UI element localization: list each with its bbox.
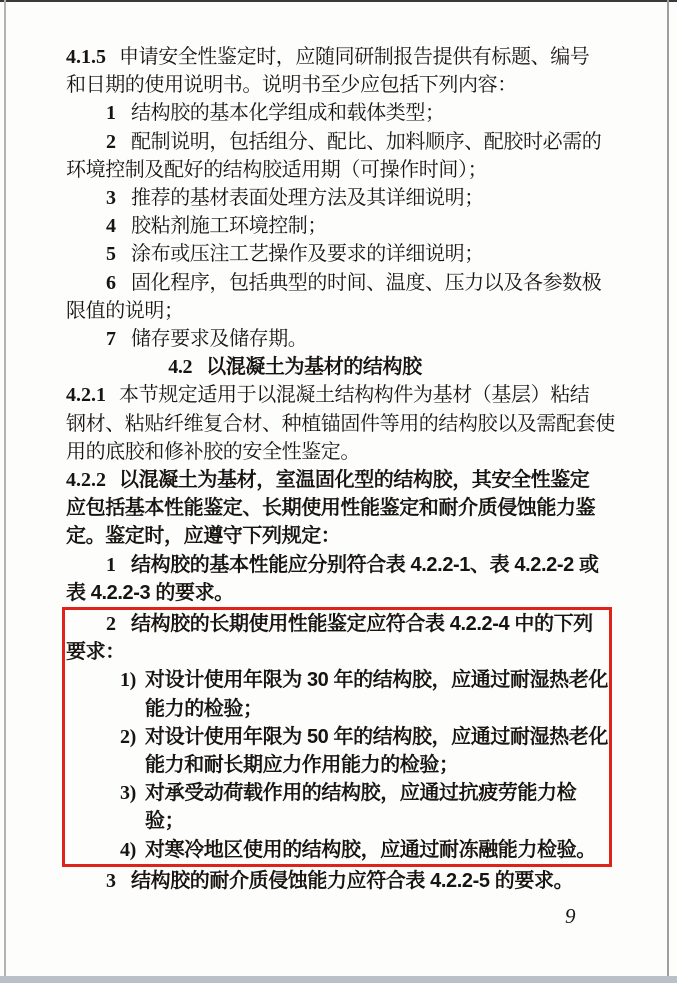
sub-item-text: 对承受动荷载作用的结构胶，应通过抗疲劳能力检验； xyxy=(145,782,576,832)
sub-item-4: 4)对寒冷地区使用的结构胶，应通过耐冻融能力检验。 xyxy=(66,836,609,864)
item-number: 7 xyxy=(106,328,116,350)
clause-text: 以混凝土为基材，室温固化型的结构胶，其安全性鉴定 应包括基本性能鉴定、长期使用性… xyxy=(66,469,595,547)
clause-number: 4.2.2 xyxy=(66,469,106,491)
scan-edge-bottom xyxy=(0,976,677,983)
item-number: 3 xyxy=(106,187,116,209)
sub-item-text: 对设计使用年限为 50 年的结构胶，应通过耐湿热老化 能力和耐长期应力作用能力的… xyxy=(145,726,608,776)
item-text: 储存要求及储存期。 xyxy=(131,328,307,350)
sub-item-1: 1)对设计使用年限为 30 年的结构胶，应通过耐湿热老化 能力的检验； xyxy=(66,666,609,722)
sub-item-number: 4) xyxy=(120,836,145,864)
clause-4-2-2-item-3: 3结构胶的耐介质侵蚀能力应符合表 4.2.2-5 的要求。 xyxy=(66,867,624,895)
item-number: 3 xyxy=(106,870,116,892)
item-text: 涂布或压注工艺操作及要求的详细说明； xyxy=(131,243,484,265)
section-heading-4-2: 4.2以混凝土为基材的结构胶 xyxy=(66,353,624,381)
list-item-1: 1结构胶的基本化学组成和载体类型； xyxy=(66,99,624,127)
item-number: 2 xyxy=(106,613,116,635)
sub-item-number: 3) xyxy=(120,779,145,807)
document-page: 4.1.5申请安全性鉴定时，应随同研制报告提供有标题、编号 和日期的使用说明书。… xyxy=(0,0,677,983)
item-number: 1 xyxy=(106,554,116,576)
list-item-5: 5涂布或压注工艺操作及要求的详细说明； xyxy=(66,240,624,268)
item-number: 6 xyxy=(106,272,116,294)
item-text: 推荐的基材表面处理方法及其详细说明； xyxy=(131,187,484,209)
item-text: 固化程序，包括典型的时间、温度、压力以及各参数极 限值的说明； xyxy=(66,272,601,322)
clause-number: 4.1.5 xyxy=(66,46,106,68)
item-number: 5 xyxy=(106,243,116,265)
list-item-7: 7储存要求及储存期。 xyxy=(66,325,624,353)
heading-title: 以混凝土为基材的结构胶 xyxy=(206,356,422,378)
sub-item-text: 对寒冷地区使用的结构胶，应通过耐冻融能力检验。 xyxy=(145,839,596,861)
red-highlight-box: 2结构胶的长期使用性能鉴定应符合表 4.2.2-4 中的下列 要求： 1)对设计… xyxy=(62,607,612,867)
sub-item-number: 2) xyxy=(120,723,145,751)
list-item-2: 2配制说明，包括组分、配比、加料顺序、配胶时必需的 环境控制及配好的结构胶适用期… xyxy=(66,128,624,184)
clause-text: 本节规定适用于以混凝土结构构件为基材（基层）粘结 钢材、粘贴纤维复合材、种植锚固… xyxy=(66,384,615,462)
sub-item-text: 对设计使用年限为 30 年的结构胶，应通过耐湿热老化 能力的检验； xyxy=(145,669,608,719)
sub-item-3: 3)对承受动荷载作用的结构胶，应通过抗疲劳能力检验； xyxy=(66,779,609,835)
item-text: 结构胶的基本性能应分别符合表 4.2.2-1、表 4.2.2-2 或 表 4.2… xyxy=(66,554,599,604)
clause-text: 申请安全性鉴定时，应随同研制报告提供有标题、编号 和日期的使用说明书。说明书至少… xyxy=(66,46,589,96)
clause-number: 4.2.1 xyxy=(66,384,106,406)
heading-number: 4.2 xyxy=(168,356,192,378)
list-item-4: 4胶粘剂施工环境控制； xyxy=(66,212,624,240)
sub-item-number: 1) xyxy=(120,666,145,694)
item-text: 胶粘剂施工环境控制； xyxy=(131,215,327,237)
list-item-6: 6固化程序，包括典型的时间、温度、压力以及各参数极 限值的说明； xyxy=(66,269,624,325)
list-item-3: 3推荐的基材表面处理方法及其详细说明； xyxy=(66,184,624,212)
scan-edge-left xyxy=(4,0,6,983)
clause-4-1-5: 4.1.5申请安全性鉴定时，应随同研制报告提供有标题、编号 和日期的使用说明书。… xyxy=(66,43,624,99)
page-number: 9 xyxy=(565,904,576,929)
item-number: 1 xyxy=(106,102,116,124)
page-content: 4.1.5申请安全性鉴定时，应随同研制报告提供有标题、编号 和日期的使用说明书。… xyxy=(66,43,624,895)
item-text: 结构胶的耐介质侵蚀能力应符合表 4.2.2-5 的要求。 xyxy=(131,870,573,892)
item-number: 2 xyxy=(106,131,116,153)
clause-4-2-2-item-1: 1结构胶的基本性能应分别符合表 4.2.2-1、表 4.2.2-2 或 表 4.… xyxy=(66,551,624,607)
clause-4-2-2: 4.2.2以混凝土为基材，室温固化型的结构胶，其安全性鉴定 应包括基本性能鉴定、… xyxy=(66,466,624,551)
scan-edge-right xyxy=(667,0,669,978)
clause-4-2-1: 4.2.1本节规定适用于以混凝土结构构件为基材（基层）粘结 钢材、粘贴纤维复合材… xyxy=(66,381,624,466)
item-text: 配制说明，包括组分、配比、加料顺序、配胶时必需的 环境控制及配好的结构胶适用期（… xyxy=(66,131,601,181)
item-text: 结构胶的基本化学组成和载体类型； xyxy=(131,102,445,124)
scan-edge-top xyxy=(0,0,677,2)
clause-4-2-2-item-2: 2结构胶的长期使用性能鉴定应符合表 4.2.2-4 中的下列 要求： xyxy=(66,610,609,666)
item-text: 结构胶的长期使用性能鉴定应符合表 4.2.2-4 中的下列 要求： xyxy=(66,613,593,663)
sub-item-2: 2)对设计使用年限为 50 年的结构胶，应通过耐湿热老化 能力和耐长期应力作用能… xyxy=(66,723,609,779)
item-number: 4 xyxy=(106,215,116,237)
